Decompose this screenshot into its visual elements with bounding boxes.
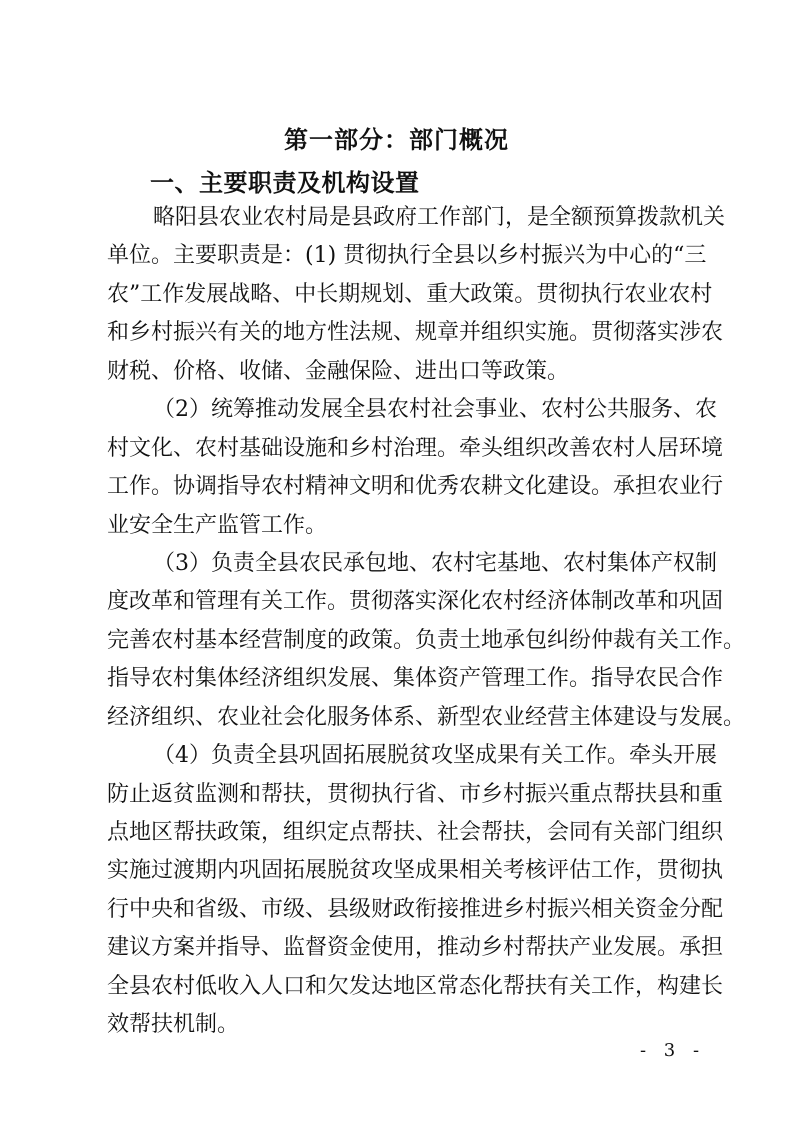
text-line: 经济组织、农业社会化服务体系、新型农业经营主体建设与发展。 — [107, 701, 692, 739]
text-line: 工作。协调指导农村精神文明和优秀农耕文化建设。承担农业行 — [107, 470, 692, 508]
text-line: （2）统筹推动发展全县农村社会事业、农村公共服务、农 — [107, 393, 692, 431]
text-line: 农”工作发展战略、中长期规划、重大政策。贯彻执行农业农村 — [107, 278, 692, 316]
text-line: （3）负责全县农民承包地、农村宅基地、农村集体产权制 — [107, 547, 692, 585]
text-line: 防止返贫监测和帮扶，贯彻执行省、市乡村振兴重点帮扶县和重 — [107, 778, 692, 816]
text-line: 业安全生产监管工作。 — [107, 509, 692, 547]
text-line: 全县农村低收入人口和欠发达地区常态化帮扶有关工作，构建长 — [107, 970, 692, 1008]
document-page: 第一部分：部门概况 一、主要职责及机构设置 略阳县农业农村局是县政府工作部门，是… — [0, 0, 793, 1122]
text-line: 和乡村振兴有关的地方性法规、规章并组织实施。贯彻落实涉农 — [107, 316, 692, 354]
text-line: 单位。主要职责是：(1) 贯彻执行全县以乡村振兴为中心的“三 — [107, 239, 692, 277]
text-line: 指导农村集体经济组织发展、集体资产管理工作。指导农民合作 — [107, 662, 692, 700]
page-title: 第一部分：部门概况 — [0, 124, 793, 156]
text-line: 村文化、农村基础设施和乡村治理。牵头组织改善农村人居环境 — [107, 432, 692, 470]
text-line: 完善农村基本经营制度的政策。负责土地承包纠纷仲裁有关工作。 — [107, 624, 692, 662]
text-line: （4）负责全县巩固拓展脱贫攻坚成果有关工作。牵头开展 — [107, 739, 692, 777]
text-line: 实施过渡期内巩固拓展脱贫攻坚成果相关考核评估工作，贯彻执 — [107, 854, 692, 892]
text-line: 行中央和省级、市级、县级财政衔接推进乡村振兴相关资金分配 — [107, 893, 692, 931]
text-line: 略阳县农业农村局是县政府工作部门，是全额预算拨款机关 — [107, 201, 692, 239]
body-text: 略阳县农业农村局是县政府工作部门，是全额预算拨款机关 单位。主要职责是：(1) … — [107, 201, 692, 1047]
text-line: 点地区帮扶政策，组织定点帮扶、社会帮扶，会同有关部门组织 — [107, 816, 692, 854]
text-line: 建议方案并指导、监督资金使用，推动乡村帮扶产业发展。承担 — [107, 931, 692, 969]
text-line: 效帮扶机制。 — [107, 1008, 692, 1046]
page-number: - 3 - — [640, 1040, 705, 1061]
section-heading: 一、主要职责及机构设置 — [150, 167, 420, 199]
text-line: 财税、价格、收储、金融保险、进出口等政策。 — [107, 355, 692, 393]
text-line: 度改革和管理有关工作。贯彻落实深化农村经济体制改革和巩固 — [107, 585, 692, 623]
